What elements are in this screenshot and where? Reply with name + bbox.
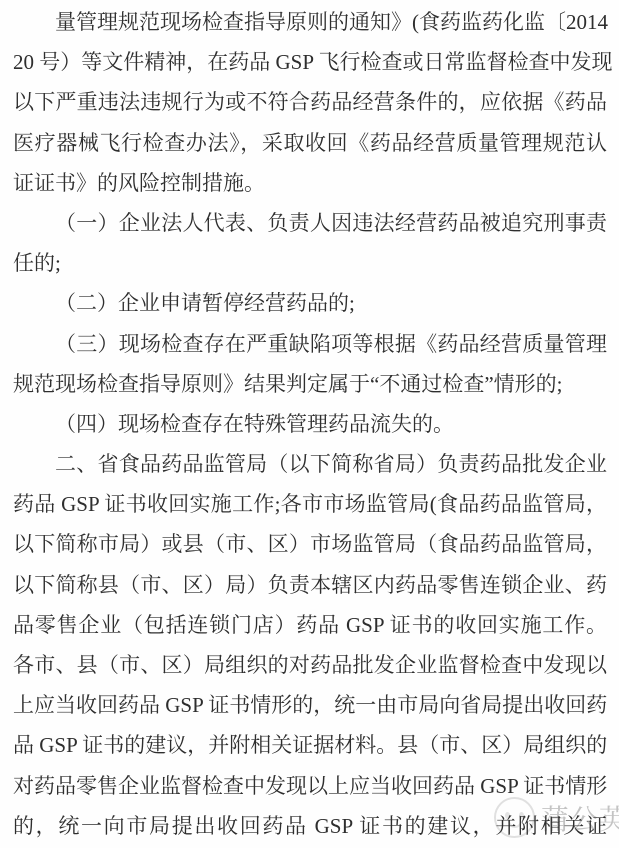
text-line: 医疗器械飞行检查办法》，采取收回《药品经营质量管理规范认 bbox=[13, 123, 607, 163]
document-page: 量管理规范现场检查指导原则的通知》(食药监药化监〔2014 20 号）等文件精神… bbox=[0, 0, 619, 848]
text-line: 规范现场检查指导原则》结果判定属于“不通过检查”情形的; bbox=[13, 364, 607, 404]
text-line: （三）现场检查存在严重缺陷项等根据《药品经营质量管理 bbox=[13, 324, 607, 364]
text-line: 以下简称市局）或县（市、区）市场监管局（食品药品监管局， bbox=[13, 524, 607, 564]
text-line: 20 号）等文件精神，在药品 GSP 飞行检查或日常监督检查中发现 bbox=[13, 42, 607, 82]
text-line: 药品 GSP 证书收回实施工作;各市市场监管局(食品药品监管局， bbox=[13, 484, 607, 524]
text-line: （二）企业申请暂停经营药品的; bbox=[13, 283, 607, 323]
text-line: 对药品零售企业监督检查中发现以上应当收回药品 GSP 证书情形 bbox=[13, 766, 607, 806]
text-line: （一）企业法人代表、负责人因违法经营药品被追究刑事责 bbox=[13, 203, 607, 243]
text-line: 二、省食品药品监管局（以下简称省局）负责药品批发企业 bbox=[13, 444, 607, 484]
text-line: 各市、县（市、区）局组织的对药品批发企业监督检查中发现以 bbox=[13, 645, 607, 685]
text-line: 证证书》的风险控制措施。 bbox=[13, 163, 607, 203]
text-line: 量管理规范现场检查指导原则的通知》(食药监药化监〔2014 bbox=[13, 2, 607, 42]
document-body-text: 量管理规范现场检查指导原则的通知》(食药监药化监〔2014 20 号）等文件精神… bbox=[13, 2, 607, 846]
text-line: 的，统一向市局提出收回药品 GSP 证书的建议，并附相关证 bbox=[13, 806, 607, 846]
text-line: 以下严重违法违规行为或不符合药品经营条件的，应依据《药品 bbox=[13, 82, 607, 122]
text-line: 以下简称县（市、区）局）负责本辖区内药品零售连锁企业、药 bbox=[13, 565, 607, 605]
text-line: 品 GSP 证书的建议，并附相关证据材料。县（市、区）局组织的 bbox=[13, 725, 607, 765]
text-line: 品零售企业（包括连锁门店）药品 GSP 证书的收回实施工作。 bbox=[13, 605, 607, 645]
text-line: 任的; bbox=[13, 243, 607, 283]
text-line: 上应当收回药品 GSP 证书情形的，统一由市局向省局提出收回药 bbox=[13, 685, 607, 725]
text-line: （四）现场检查存在特殊管理药品流失的。 bbox=[13, 404, 607, 444]
